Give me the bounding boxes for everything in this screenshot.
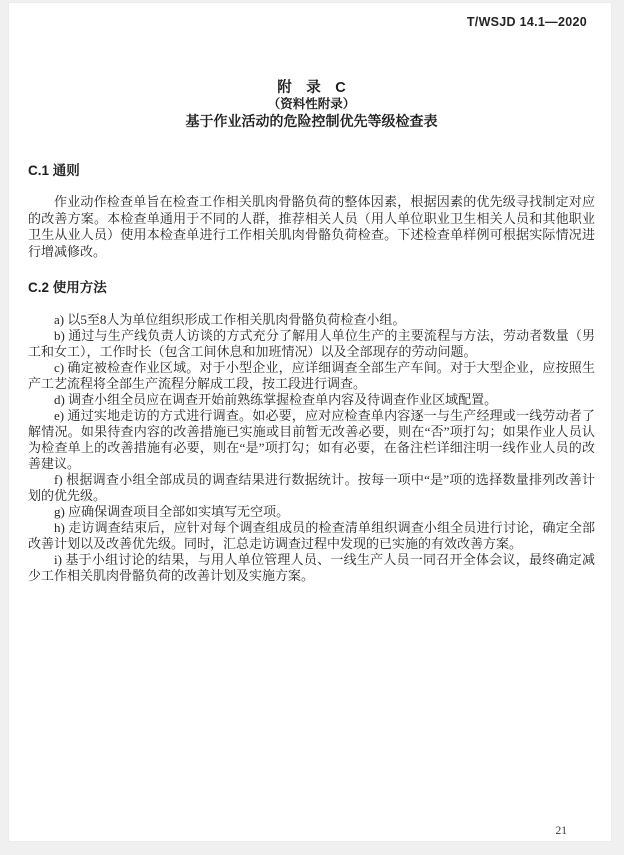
section-c1-paragraph: 作业动作检查单旨在检查工作相关肌肉骨骼负荷的整体因素，根据因素的优先级寻找制定对… [28, 194, 595, 260]
appendix-label: 附 录 C [28, 81, 595, 96]
list-item-f: f) 根据调查小组全部成员的调查结果进行数据统计。按每一项中“是”项的选择数量排… [28, 472, 595, 504]
list-item-a: a) 以5至8人为单位组织形成工作相关肌肉骨骼负荷检查小组。 [28, 312, 595, 328]
section-c1-heading: C.1 通则 [28, 162, 595, 180]
doc-number-running-head: T/WSJD 14.1—2020 [28, 15, 595, 29]
appendix-title-block: 附 录 C （资料性附录） 基于作业活动的危险控制优先等级检查表 [28, 81, 595, 129]
list-item-i: i) 基于小组讨论的结果，与用人单位管理人员、一线生产人员一同召开全体会议，最终… [28, 552, 595, 584]
appendix-type: （资料性附录） [28, 97, 595, 112]
list-item-b: b) 通过与生产线负责人访谈的方式充分了解用人单位生产的主要流程与方法，劳动者数… [28, 328, 595, 360]
list-item-c: c) 确定被检查作业区域。对于小型企业，应详细调查全部生产车间。对于大型企业，应… [28, 360, 595, 392]
list-item-d: d) 调查小组全员应在调查开始前熟练掌握检查单内容及待调查作业区域配置。 [28, 392, 595, 408]
page-number: 21 [556, 826, 568, 838]
list-item-h: h) 走访调查结束后，应针对每个调查组成员的检查清单组织调查小组全员进行讨论，确… [28, 520, 595, 552]
list-item-g: g) 应确保调查项目全部如实填写无空项。 [28, 504, 595, 520]
appendix-name: 基于作业活动的危险控制优先等级检查表 [28, 114, 595, 129]
section-c2-heading: C.2 使用方法 [28, 279, 595, 297]
document-page: T/WSJD 14.1—2020 附 录 C （资料性附录） 基于作业活动的危险… [9, 3, 611, 841]
list-item-e: e) 通过实地走访的方式进行调查。如必要，应对应检查单内容逐一与生产经理或一线劳… [28, 408, 595, 472]
